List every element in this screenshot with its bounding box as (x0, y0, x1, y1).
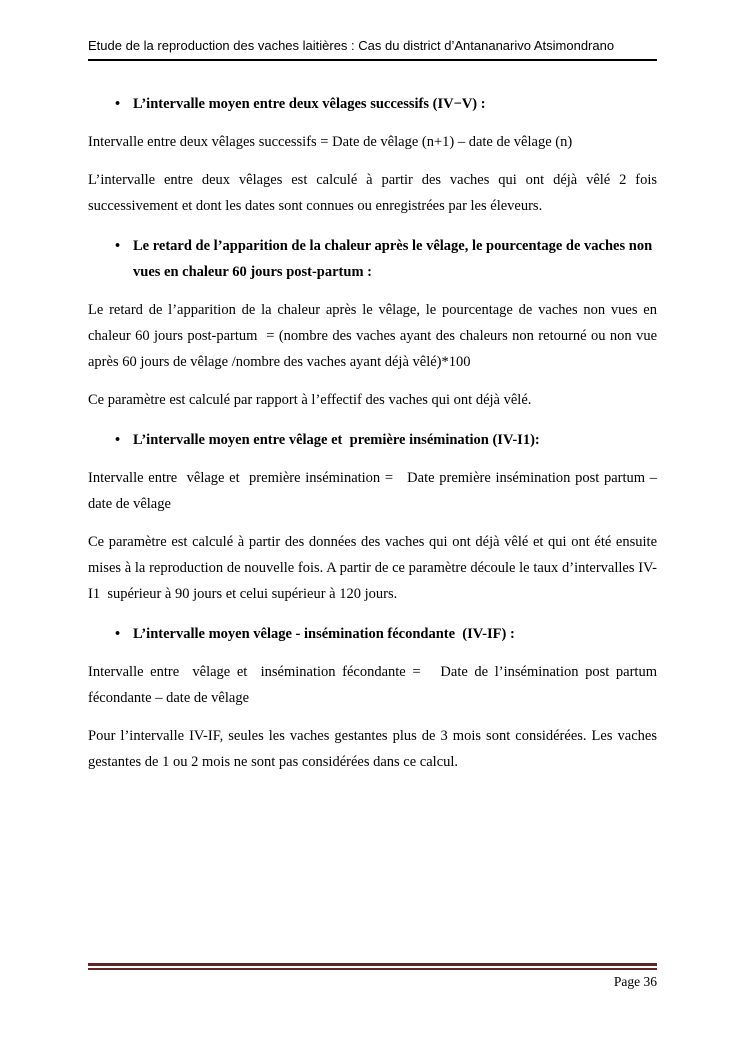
running-head-title: Etude de la reproduction des vaches lait… (88, 38, 614, 53)
bullet-heading-text: L’intervalle moyen entre deux vêlages su… (133, 96, 486, 112)
bullet-icon: • (115, 621, 120, 647)
bullet-heading-text: Le retard de l’apparition de la chaleur … (133, 238, 656, 280)
paragraph: Le retard de l’apparition de la chaleur … (88, 297, 657, 375)
page-number: Page 36 (88, 973, 657, 991)
footer-rule (88, 963, 657, 970)
bullet-icon: • (115, 91, 120, 117)
bullet-heading: •L’intervalle moyen vêlage - inséminatio… (88, 621, 657, 647)
paragraph: Intervalle entre deux vêlages successifs… (88, 129, 657, 155)
bullet-heading: •L’intervalle moyen entre deux vêlages s… (88, 91, 657, 117)
document-page: Etude de la reproduction des vaches lait… (0, 0, 745, 1053)
paragraph: L’intervalle entre deux vêlages est calc… (88, 167, 657, 219)
paragraph: Ce paramètre est calculé à partir des do… (88, 529, 657, 607)
page-header: Etude de la reproduction des vaches lait… (88, 38, 657, 61)
content-blocks: •L’intervalle moyen entre deux vêlages s… (88, 63, 657, 775)
bullet-heading: •Le retard de l’apparition de la chaleur… (88, 233, 657, 285)
bullet-heading: •L’intervalle moyen entre vêlage et prem… (88, 427, 657, 453)
paragraph: Pour l’intervalle IV-IF, seules les vach… (88, 723, 657, 775)
paragraph: Intervalle entre vêlage et insémination … (88, 659, 657, 711)
page-footer: Page 36 (88, 963, 657, 991)
bullet-heading-text: L’intervalle moyen entre vêlage et premi… (133, 432, 540, 448)
paragraph: Intervalle entre vêlage et première insé… (88, 465, 657, 517)
bullet-heading-text: L’intervalle moyen vêlage - insémination… (133, 626, 515, 642)
bullet-icon: • (115, 427, 120, 453)
bullet-icon: • (115, 233, 120, 259)
paragraph: Ce paramètre est calculé par rapport à l… (88, 387, 657, 413)
